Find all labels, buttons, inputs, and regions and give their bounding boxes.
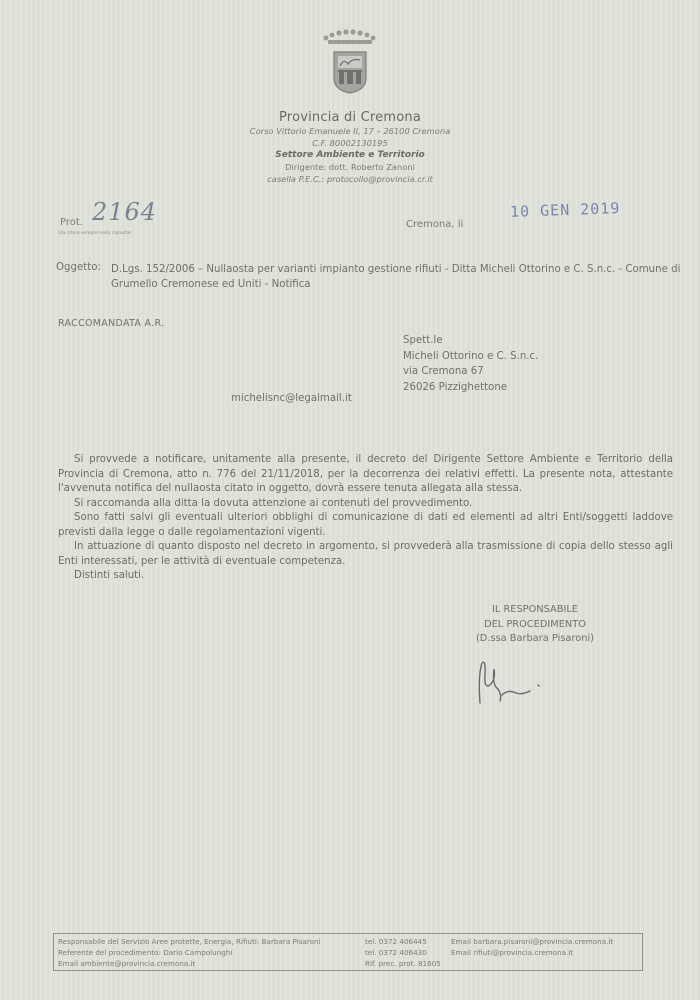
recipient-pec: michelisnc@legalmail.it [231, 393, 352, 404]
org-director: Dirigente: dott. Roberto Zanoni [200, 161, 500, 173]
protocol-note: (da citare sempre nella risposta) [58, 231, 131, 236]
recipient-line: Micheli Ottorino e C. S.n.c. [403, 349, 538, 365]
protocol-number: 2164 [92, 198, 157, 226]
coat-of-arms-icon [314, 28, 386, 106]
footer-contacts: Responsabile del Servizio Aree protette,… [53, 933, 643, 971]
date-stamp: 10 GEN 2019 [510, 199, 621, 221]
signer-name: (D.ssa Barbara Pisaroni) [440, 632, 630, 647]
protocol-label: Prot. [60, 217, 83, 228]
footer-line: tel. 0372 406430 [365, 947, 455, 958]
body-paragraph: Si raccomanda alla ditta la dovuta atten… [58, 497, 673, 512]
body-paragraph: In attuazione di quanto disposto nel dec… [58, 540, 673, 569]
letter-body: Si provvede a notificare, unitamente all… [58, 453, 673, 584]
org-address: Corso Vittorio Emanuele II, 17 – 26100 C… [200, 125, 500, 137]
recipient-address: Spett.le Micheli Ottorino e C. S.n.c. vi… [403, 333, 538, 395]
organization-name: Provincia di Cremona [200, 110, 500, 125]
org-department: Settore Ambiente e Territorio [200, 149, 500, 161]
org-pec: casella P.E.C.: protocollo@provincia.cr.… [200, 173, 500, 185]
footer-middle: tel. 0372 406445 tel. 0372 406430 Rif. p… [365, 936, 455, 969]
signature-block: IL RESPONSABILE DEL PROCEDIMENTO (D.ssa … [440, 603, 630, 647]
footer-line: Referente del procedimento: Dario Campol… [58, 947, 358, 958]
body-paragraph: Distinti saluti. [58, 569, 673, 584]
subject-text: D.Lgs. 152/2006 – Nullaosta per varianti… [111, 262, 691, 292]
footer-left: Responsabile del Servizio Aree protette,… [58, 936, 358, 969]
recipient-line: 26026 Pizzighettone [403, 380, 538, 396]
signature-icon [472, 655, 552, 710]
footer-line: tel. 0372 406445 [365, 936, 455, 947]
footer-line: Email ambiente@provincia.cremona.it [58, 958, 358, 969]
body-paragraph: Sono fatti salvi gli eventuali ulteriori… [58, 511, 673, 540]
date-place: Cremona, li [406, 219, 463, 230]
footer-line: Email barbara.pisaroni@provincia.cremona… [451, 936, 641, 947]
body-paragraph: Si provvede a notificare, unitamente all… [58, 453, 673, 497]
signer-title: DEL PROCEDIMENTO [440, 618, 630, 633]
crown-icon [320, 28, 380, 46]
recipient-line: via Cremona 67 [403, 364, 538, 380]
footer-line: Responsabile del Servizio Aree protette,… [58, 936, 358, 947]
subject-label: Oggetto: [56, 262, 101, 273]
footer-line: Email rifiuti@provincia.cremona.it [451, 947, 641, 958]
footer-line: Rif. prec. prot. 81605 [365, 958, 455, 969]
signer-title: IL RESPONSABILE [440, 603, 630, 618]
delivery-method: RACCOMANDATA A.R. [58, 318, 164, 329]
org-tax-code: C.F. 80002130195 [200, 137, 500, 149]
shield-icon [332, 50, 368, 94]
footer-right: Email barbara.pisaroni@provincia.cremona… [451, 936, 641, 958]
recipient-line: Spett.le [403, 333, 538, 349]
letterhead: Provincia di Cremona Corso Vittorio Eman… [200, 28, 500, 185]
